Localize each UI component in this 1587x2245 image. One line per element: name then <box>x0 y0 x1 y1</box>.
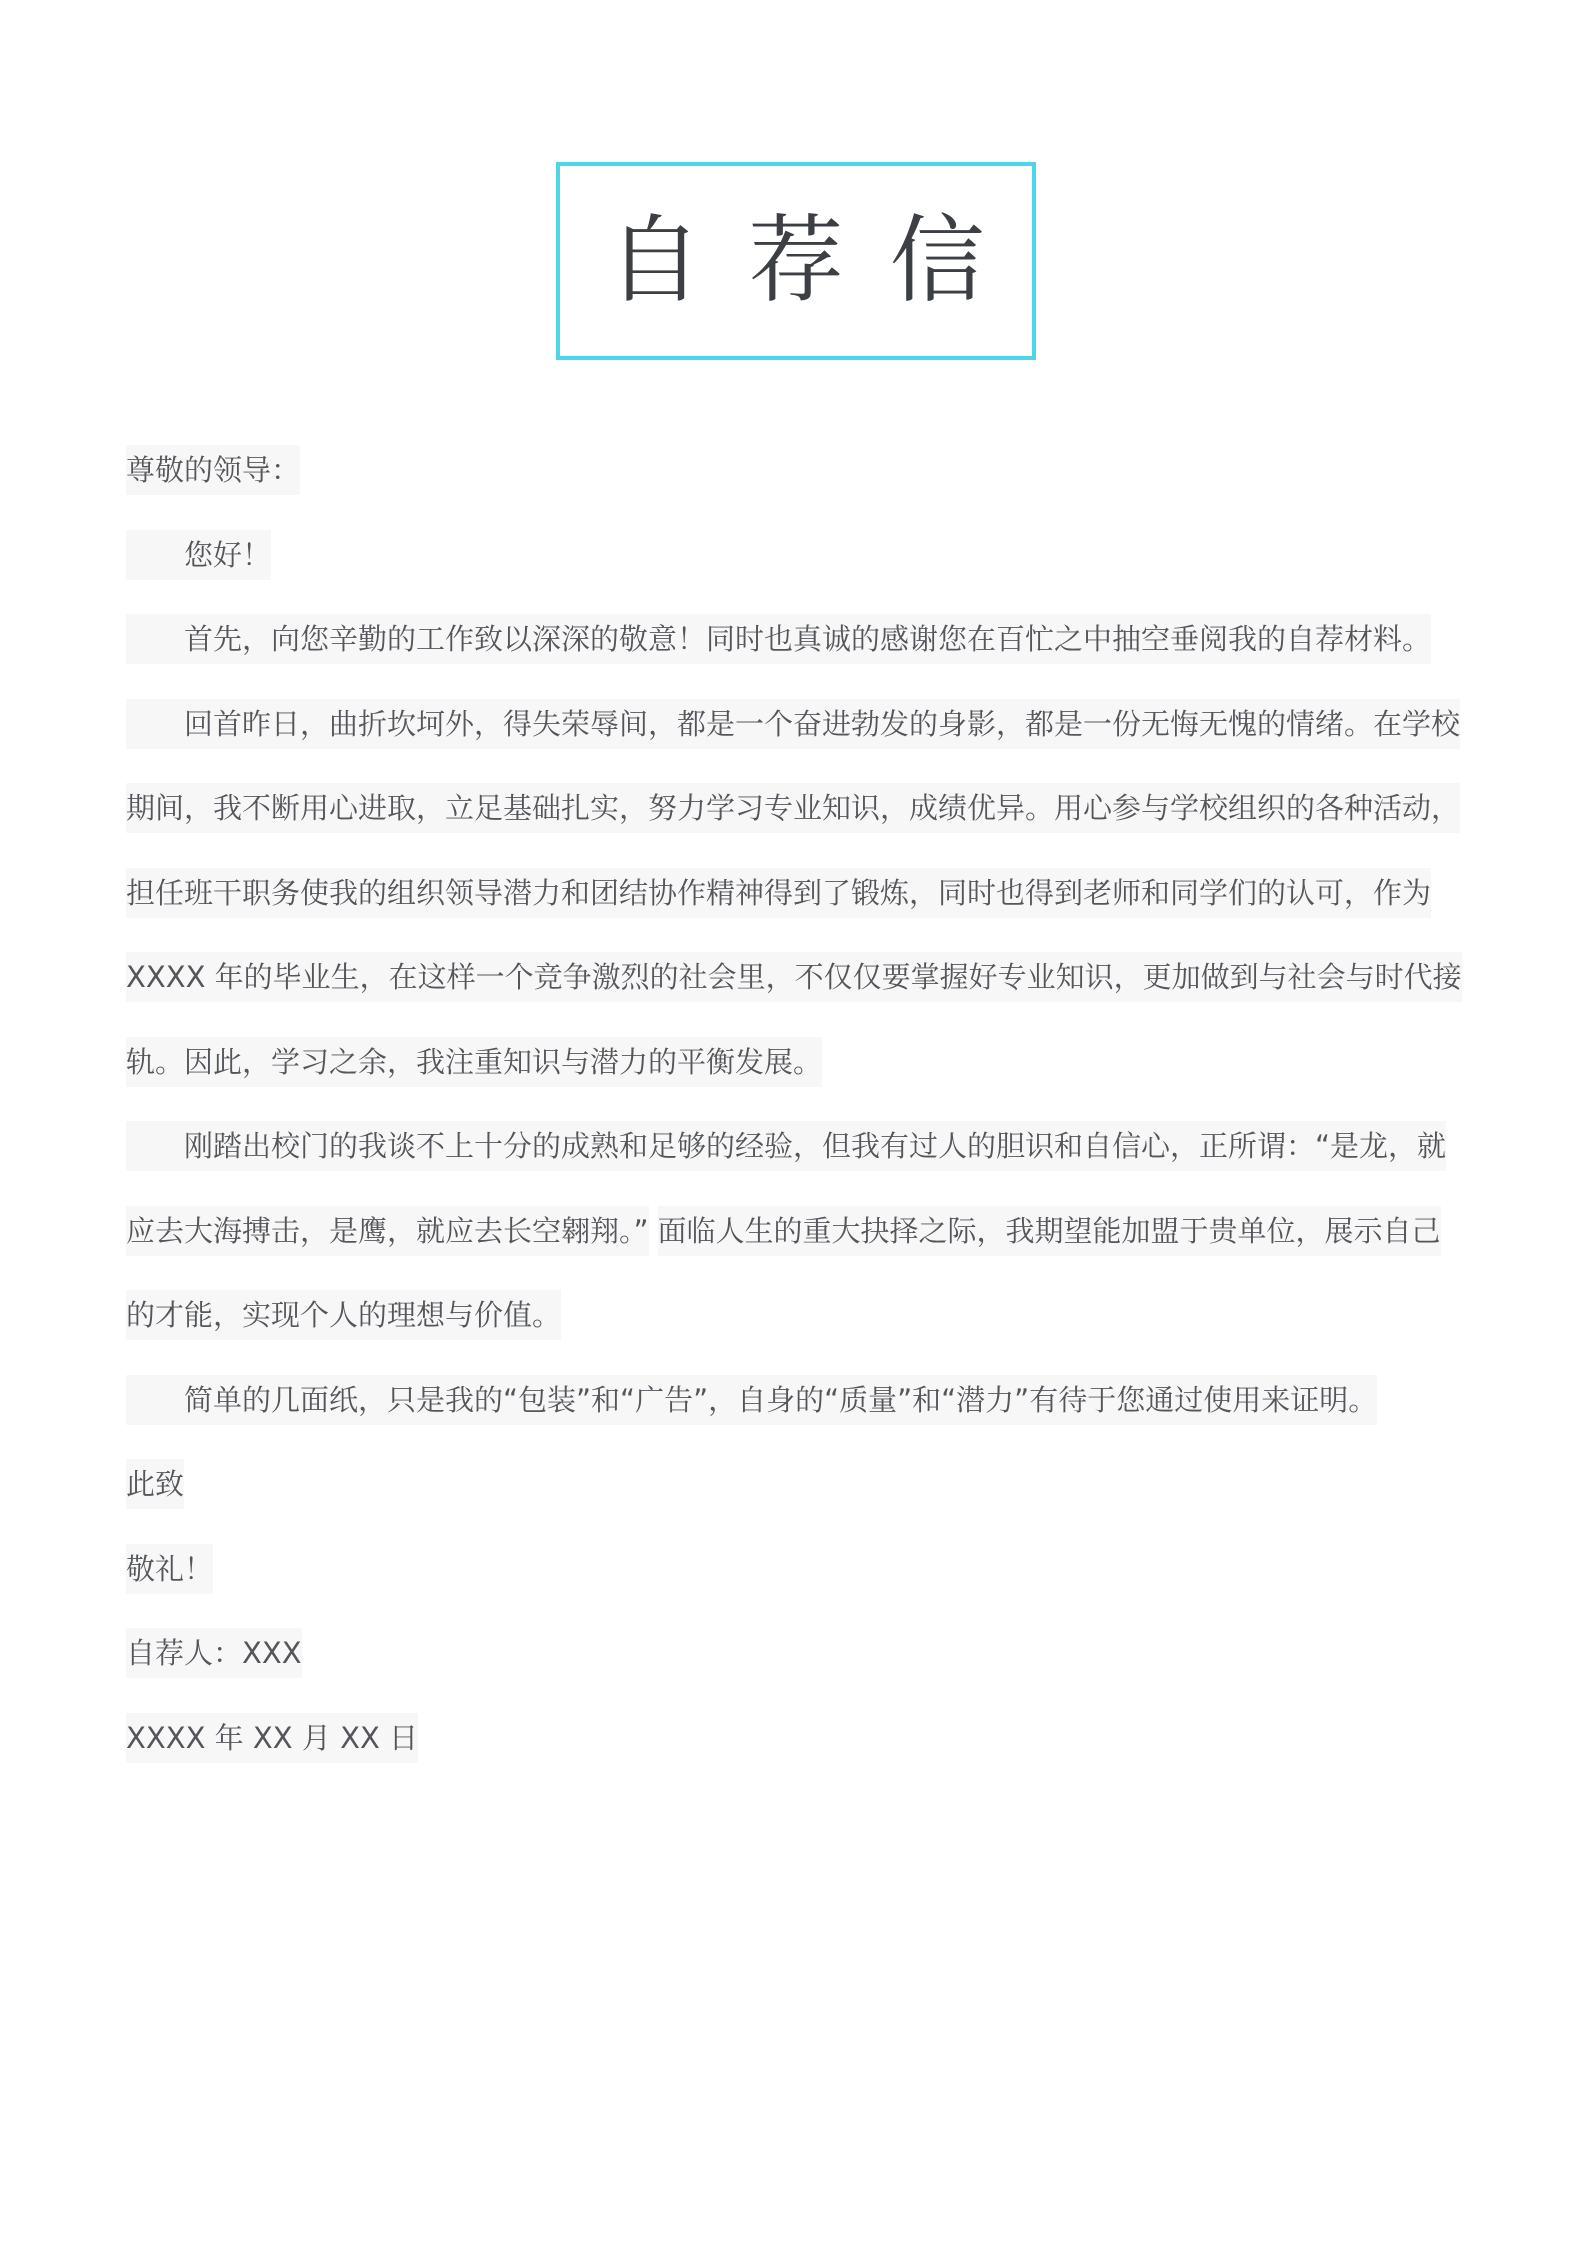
highlighted-text: 期间，我不断用心进取，立足基础扎实，努力学习专业知识，成绩优异。用心参与学校组织… <box>126 783 1460 833</box>
highlighted-text: 首先，向您辛勤的工作致以深深的敬意！同时也真诚的感谢您在百忙之中抽空垂阅我的自荐… <box>126 614 1431 664</box>
highlighted-text: 轨。因此，学习之余，我注重知识与潜力的平衡发展。 <box>126 1037 822 1087</box>
line-para2-1: 回首昨日，曲折坎坷外，得失荣辱间，都是一个奋进勃发的身影，都是一份无悔无愧的情绪… <box>126 699 1526 749</box>
highlighted-text: 敬礼！ <box>126 1544 213 1594</box>
line-signer: 自荐人：XXX <box>126 1628 1526 1678</box>
letter-body: 尊敬的领导： 您好！ 首先，向您辛勤的工作致以深深的敬意！同时也真诚的感谢您在百… <box>126 445 1526 1797</box>
highlighted-text: 自荐人：XXX <box>126 1628 302 1678</box>
highlighted-text: 面临人生的重大抉择之际，我期望能加盟于贵单位，展示自己 <box>658 1206 1441 1256</box>
highlighted-text: 您好！ <box>126 530 271 580</box>
line-date: XXXX 年 XX 月 XX 日 <box>126 1713 1526 1763</box>
line-jingli: 敬礼！ <box>126 1544 1526 1594</box>
highlighted-text: 应去大海搏击，是鹰，就应去长空翱翔。” <box>126 1206 649 1256</box>
line-para3-2: 应去大海搏击，是鹰，就应去长空翱翔。”面临人生的重大抉择之际，我期望能加盟于贵单… <box>126 1206 1526 1256</box>
highlighted-text: 的才能，实现个人的理想与价值。 <box>126 1290 561 1340</box>
highlighted-text: XXXX 年 XX 月 XX 日 <box>126 1713 418 1763</box>
highlighted-text: 刚踏出校门的我谈不上十分的成熟和足够的经验，但我有过人的胆识和自信心，正所谓：“… <box>126 1121 1446 1171</box>
highlighted-text: 回首昨日，曲折坎坷外，得失荣辱间，都是一个奋进勃发的身影，都是一份无悔无愧的情绪… <box>126 699 1460 749</box>
letter-title: 自 荐 信 <box>607 214 984 309</box>
document-page: { "theme": { "accent": "#4dd5e8", "hl": … <box>0 0 1587 2245</box>
highlighted-text: XXXX 年的毕业生，在这样一个竞争激烈的社会里，不仅仅要掌握好专业知识，更加做… <box>126 952 1462 1002</box>
line-para2-2: 期间，我不断用心进取，立足基础扎实，努力学习专业知识，成绩优异。用心参与学校组织… <box>126 783 1526 833</box>
line-para2-4: XXXX 年的毕业生，在这样一个竞争激烈的社会里，不仅仅要掌握好专业知识，更加做… <box>126 952 1526 1002</box>
highlighted-text: 担任班干职务使我的组织领导潜力和团结协作精神得到了锻炼，同时也得到老师和同学们的… <box>126 868 1431 918</box>
line-para4-1: 简单的几面纸，只是我的“包装”和“广告”，自身的“质量”和“潜力”有待于您通过使… <box>126 1375 1526 1425</box>
highlighted-text: 此致 <box>126 1459 184 1509</box>
line-para3-3: 的才能，实现个人的理想与价值。 <box>126 1290 1526 1340</box>
highlighted-text: 尊敬的领导： <box>126 445 300 495</box>
line-para2-3: 担任班干职务使我的组织领导潜力和团结协作精神得到了锻炼，同时也得到老师和同学们的… <box>126 868 1526 918</box>
highlighted-text: 简单的几面纸，只是我的“包装”和“广告”，自身的“质量”和“潜力”有待于您通过使… <box>126 1375 1377 1425</box>
line-cizhi: 此致 <box>126 1459 1526 1509</box>
line-para3-1: 刚踏出校门的我谈不上十分的成熟和足够的经验，但我有过人的胆识和自信心，正所谓：“… <box>126 1121 1526 1171</box>
line-salutation: 尊敬的领导： <box>126 445 1526 495</box>
line-greeting: 您好！ <box>126 530 1526 580</box>
line-para1-1: 首先，向您辛勤的工作致以深深的敬意！同时也真诚的感谢您在百忙之中抽空垂阅我的自荐… <box>126 614 1526 664</box>
title-box: 自 荐 信 <box>556 162 1036 360</box>
line-para2-5: 轨。因此，学习之余，我注重知识与潜力的平衡发展。 <box>126 1037 1526 1087</box>
